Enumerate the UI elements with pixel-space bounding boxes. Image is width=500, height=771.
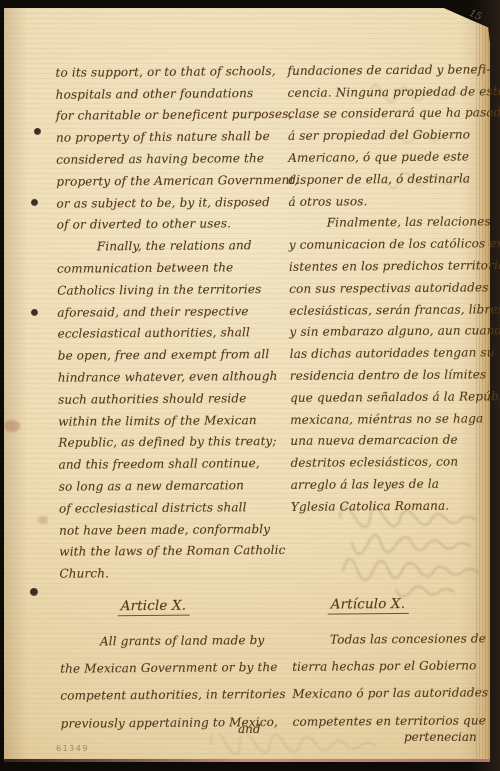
line-english: aforesaid, and their respective <box>57 303 289 319</box>
line-english: such authorities should reside <box>58 391 290 407</box>
foxing-spot <box>38 516 48 524</box>
line-english: Republic, as defined by this treaty; <box>58 434 290 450</box>
manuscript-line: no property of this nature shall be á se… <box>56 120 484 145</box>
line-spanish: fundaciones de caridad y benefi- <box>287 62 490 78</box>
line-spanish: Mexicano ó por las autoridades <box>292 686 488 702</box>
line-english: competent authorities, in territories <box>60 687 292 703</box>
line-english: Finally, the relations and <box>57 238 289 254</box>
line-spanish: las dichas autoridades tengan su <box>290 345 495 361</box>
manuscript-line: considered as having become the American… <box>56 142 484 167</box>
line-english: and this freedom shall continue, <box>59 456 291 472</box>
manuscript-line: Finally, the relations and y comunicacio… <box>57 229 485 254</box>
line-spanish: tierra hechas por el Gobierno <box>292 658 476 673</box>
line-spanish: Todas las concesiones de <box>292 631 486 647</box>
manuscript-line: such authorities should reside que queda… <box>58 381 486 406</box>
line-english: All grants of land made by <box>60 632 292 648</box>
manuscript-line: ecclesiastical authorities, shall y sin … <box>57 316 485 341</box>
book-red-edge <box>4 759 490 762</box>
line-spanish: competentes en territorios que <box>293 713 486 729</box>
line-spanish: á ser propiedad del Gobierno <box>288 128 470 143</box>
line-english: considered as having become the <box>56 151 288 167</box>
line-spanish: Finalmente, las relaciones <box>289 215 491 231</box>
line-spanish: destritos eclesiásticos, con <box>291 455 459 470</box>
line-spanish: Americano, ó que puede este <box>288 149 469 164</box>
manuscript-line: so long as a new demarcation arreglo á l… <box>59 468 487 493</box>
manuscript-line: the Mexican Government or by the tierra … <box>60 645 488 676</box>
manuscript-line: be open, free and exempt from all las di… <box>58 338 486 363</box>
line-spanish: disponer de ella, ó destinarla <box>288 171 470 186</box>
line-english: the Mexican Government or by the <box>60 660 292 676</box>
binding-dot <box>30 588 38 596</box>
line-spanish: y comunicacion de los católicos ex- <box>289 236 500 252</box>
manuscript-line: All grants of land made by Todas las con… <box>60 617 488 648</box>
manuscript-line: property of the American Government, dis… <box>56 163 484 188</box>
line-english: be open, free and exempt from all <box>58 347 290 363</box>
archive-stamp-number: 61349 <box>56 744 89 753</box>
line-english: of or diverted to other uses. <box>57 216 289 232</box>
article-heading-english: Article X. <box>118 598 190 617</box>
article-heading-row: Article X. Artículo X. <box>60 581 488 620</box>
manuscript-line: hindrance whatever, even although reside… <box>58 359 486 384</box>
line-english: not have been made, conformably <box>59 521 291 537</box>
manuscript-line: Catholics living in the territories con … <box>57 272 485 297</box>
line-spanish: arreglo á las leyes de la <box>291 477 439 492</box>
line-english: with the laws of the Roman Catholic <box>59 543 291 559</box>
line-spanish: y sin embarazo alguno, aun cuando <box>289 323 500 339</box>
line-english: no property of this nature shall be <box>56 129 288 145</box>
catchword-english: and <box>238 722 261 736</box>
line-spanish: Yglesia Catolica Romana. <box>291 498 449 513</box>
line-english: or as subject to be, by it, disposed <box>56 194 288 210</box>
manuscript-line: communication between the istentes en lo… <box>57 250 485 275</box>
line-english: Church. <box>59 565 291 581</box>
treaty-text: to its support, or to that of schools, f… <box>55 54 488 730</box>
line-english: communication between the <box>57 260 289 276</box>
line-english: property of the American Government, <box>56 173 288 189</box>
ink-bleedthrough-marks <box>144 734 384 758</box>
line-spanish: una nueva demarcacion de <box>290 433 457 448</box>
line-spanish: cencia. Ninguna propiedad de este <box>288 84 500 100</box>
manuscript-line: aforesaid, and their respective eclesiás… <box>57 294 485 319</box>
catchword-spanish: pertenecian <box>404 730 477 744</box>
lines-bottom: All grants of land made by Todas las con… <box>60 617 489 730</box>
line-spanish: istentes en los predichos territorios, <box>289 258 500 274</box>
line-spanish: mexicana, miéntras no se haga <box>290 411 483 427</box>
line-english: for charitable or beneficent purposes, <box>56 107 288 123</box>
binding-dot <box>31 309 38 316</box>
manuscript-photo: 15 to its support, or to that of schools… <box>0 0 500 771</box>
manuscript-line: competent authorities, in territories Me… <box>60 672 488 703</box>
line-spanish: con sus respectivas autoridades <box>289 280 488 296</box>
manuscript-line: Church. <box>59 556 487 581</box>
line-english: ecclesiastical authorities, shall <box>57 325 289 341</box>
binding-dot <box>34 128 41 135</box>
manuscript-line: hospitals and other foundations cencia. … <box>56 76 484 101</box>
manuscript-line: Republic, as defined by this treaty; una… <box>58 425 486 450</box>
lines-top: to its support, or to that of schools, f… <box>55 54 487 580</box>
article-heading-spanish: Artículo X. <box>328 596 409 615</box>
line-english: to its support, or to that of schools, <box>55 64 287 80</box>
line-english: hospitals and other foundations <box>56 85 288 101</box>
manuscript-line: within the limits of the Mexican mexican… <box>58 403 486 428</box>
binding-dot <box>31 199 38 206</box>
line-english: within the limits of the Mexican <box>58 412 290 428</box>
manuscript-line: to its support, or to that of schools, f… <box>55 54 483 79</box>
line-english: of ecclesiastical districts shall <box>59 500 291 516</box>
line-spanish: á otros usos. <box>288 194 367 209</box>
manuscript-line: of or diverted to other uses. Finalmente… <box>57 207 485 232</box>
line-spanish: residencia dentro de los límites <box>290 367 486 383</box>
manuscript-line: for charitable or beneficent purposes, c… <box>56 98 484 123</box>
line-spanish: que quedan señalados á la República <box>290 389 500 405</box>
manuscript-line: previously appertaining to Mexico, compe… <box>60 700 488 731</box>
line-english: so long as a new demarcation <box>59 478 291 494</box>
line-spanish: clase se considerará que ha pasado <box>288 106 500 122</box>
foxing-spot <box>4 420 20 432</box>
line-spanish: eclesiásticas, serán francas, libres <box>289 302 500 318</box>
line-english: Catholics living in the territories <box>57 282 289 298</box>
manuscript-line: and this freedom shall continue, destrit… <box>58 447 486 472</box>
line-english: hindrance whatever, even although <box>58 369 290 385</box>
manuscript-line: of ecclesiastical districts shall Yglesi… <box>59 490 487 515</box>
